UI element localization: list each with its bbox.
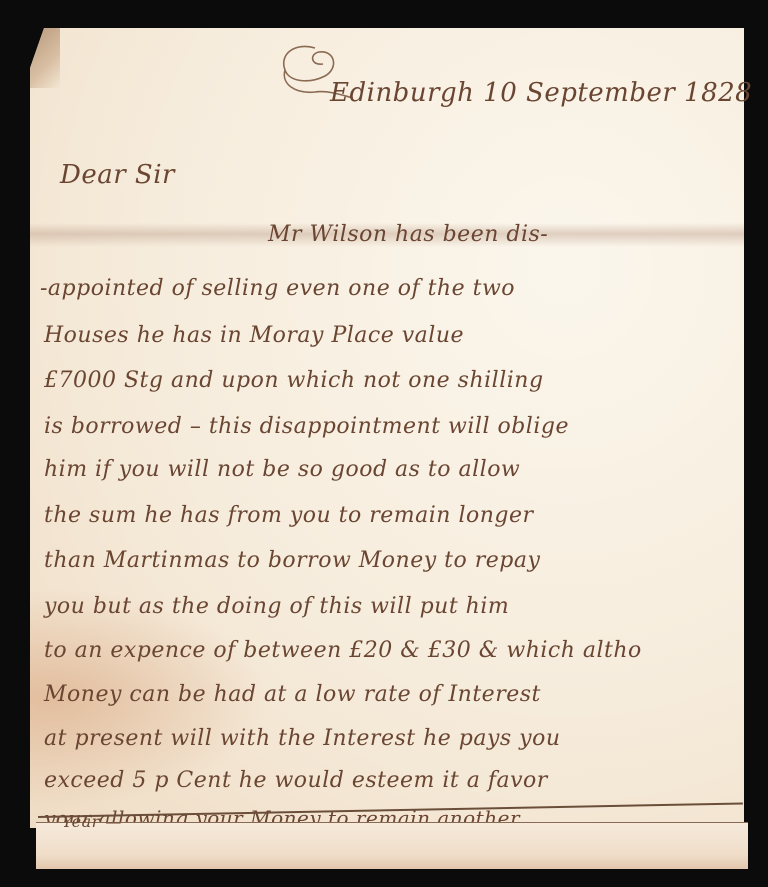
body-line-10: to an expence of between £20 & £30 & whi… bbox=[44, 638, 642, 663]
dateline: Edinburgh 10 September 1828 bbox=[330, 78, 752, 108]
body-line-5: is borrowed – this disappointment will o… bbox=[44, 414, 569, 439]
folded-corner-shadow bbox=[30, 28, 60, 88]
folded-bottom-flap bbox=[36, 822, 748, 869]
body-line-9: you but as the doing of this will put hi… bbox=[44, 594, 509, 619]
body-line-13: exceed 5 p Cent he would esteem it a fav… bbox=[44, 768, 548, 793]
body-line-4: £7000 Stg and upon which not one shillin… bbox=[44, 368, 544, 393]
body-line-7: the sum he has from you to remain longer bbox=[44, 503, 534, 528]
body-line-2: -appointed of selling even one of the tw… bbox=[40, 276, 515, 301]
body-line-15: Year — bbox=[62, 812, 122, 831]
body-line-11: Money can be had at a low rate of Intere… bbox=[44, 682, 541, 707]
body-line-6: him if you will not be so good as to all… bbox=[44, 457, 520, 482]
body-line-3: Houses he has in Moray Place value bbox=[44, 323, 464, 348]
salutation: Dear Sir bbox=[60, 160, 175, 190]
body-line-1: Mr Wilson has been dis- bbox=[268, 222, 548, 247]
body-line-12: at present will with the Interest he pay… bbox=[44, 726, 561, 751]
body-line-8: than Martinmas to borrow Money to repay bbox=[44, 548, 540, 573]
